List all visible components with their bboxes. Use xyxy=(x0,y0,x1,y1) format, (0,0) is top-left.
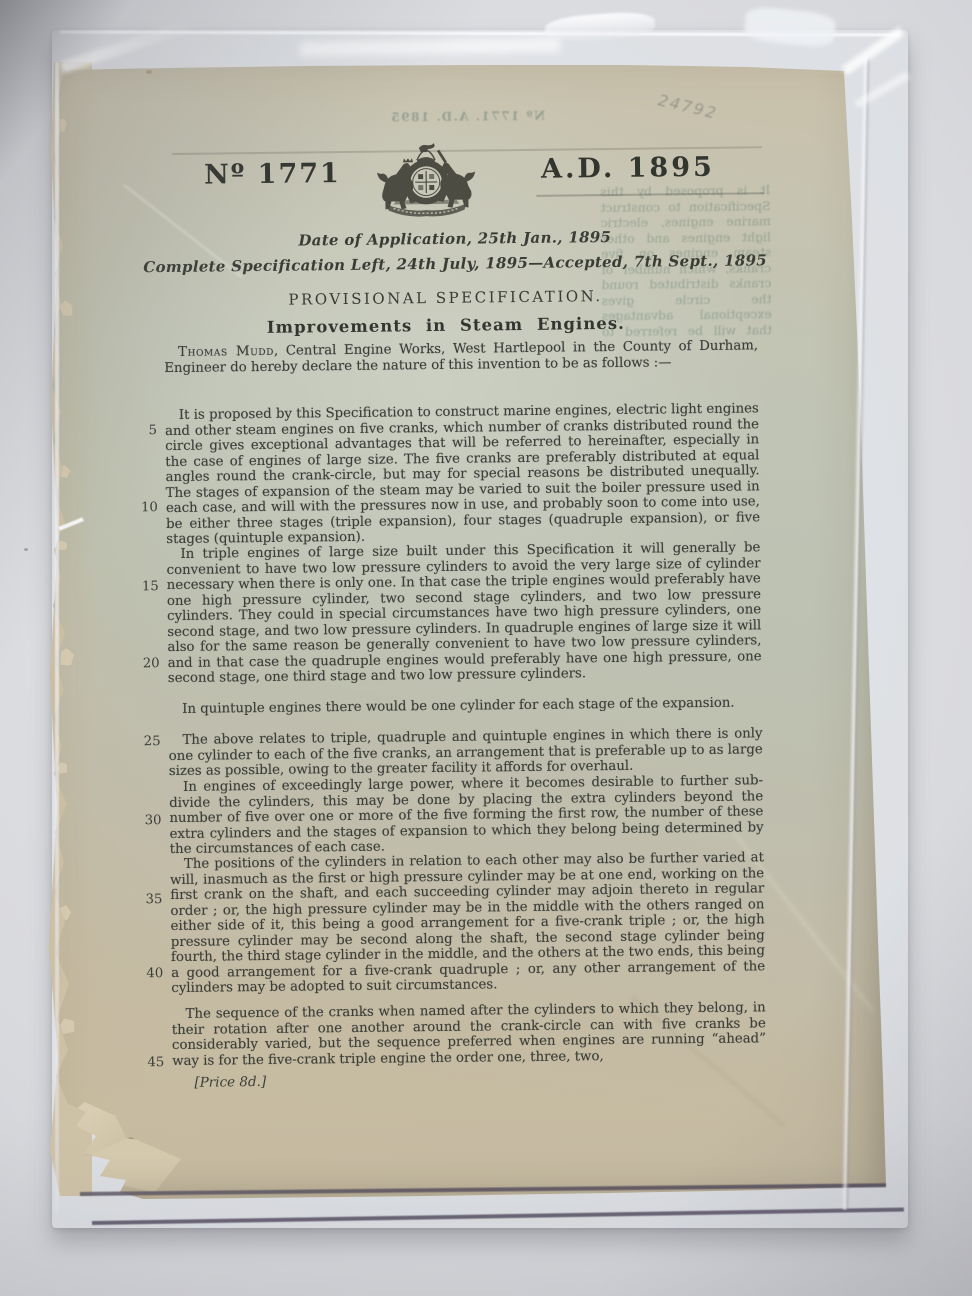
patent-number: Nº 1771 xyxy=(204,158,341,191)
margin-line-number: 5 xyxy=(123,423,157,438)
paragraph-5: In engines of exceedingly large power, w… xyxy=(169,773,764,857)
paragraph-4: The above relates to triple, quadruple a… xyxy=(168,726,762,779)
photo-backdrop: Nº 1771. A.D. 1895 24792 It is proposed … xyxy=(0,0,972,1296)
document-page: Nº 1771. A.D. 1895 24792 It is proposed … xyxy=(48,60,888,1200)
royal-coat-of-arms-icon xyxy=(356,137,497,223)
margin-line-number: 20 xyxy=(126,656,160,671)
margin-line-number: 35 xyxy=(128,892,162,907)
year-label: A.D. 1895 xyxy=(541,152,715,185)
paragraph-2: In triple engines of large size built un… xyxy=(166,540,762,686)
inventor-name: Thomas Mudd xyxy=(178,344,274,360)
show-through-header: Nº 1771. A.D. 1895 xyxy=(361,108,573,124)
paragraph-3: In quintuple engines there would be one … xyxy=(168,695,762,717)
margin-line-number: 15 xyxy=(125,579,159,594)
paragraph-1: It is proposed by this Specification to … xyxy=(165,401,761,547)
declaration-paragraph: Thomas Mudd, Central Engine Works, West … xyxy=(164,338,758,376)
handwritten-number: 24792 xyxy=(656,90,720,123)
margin-line-number: 45 xyxy=(130,1055,164,1070)
dust-speck xyxy=(24,548,28,551)
margin-line-number: 30 xyxy=(127,813,161,828)
price-note: [Price 8d.] xyxy=(194,1074,266,1091)
paragraph-6: The positions of the cylinders in relati… xyxy=(170,850,766,996)
margin-line-number: 25 xyxy=(126,734,160,749)
dust-speck xyxy=(146,70,152,74)
page-content: Nº 1771. A.D. 1895 24792 It is proposed … xyxy=(43,55,896,1204)
paragraph-7: The sequence of the cranks when named af… xyxy=(172,1000,767,1069)
margin-line-number: 10 xyxy=(124,500,158,515)
margin-line-number: 40 xyxy=(129,966,163,981)
